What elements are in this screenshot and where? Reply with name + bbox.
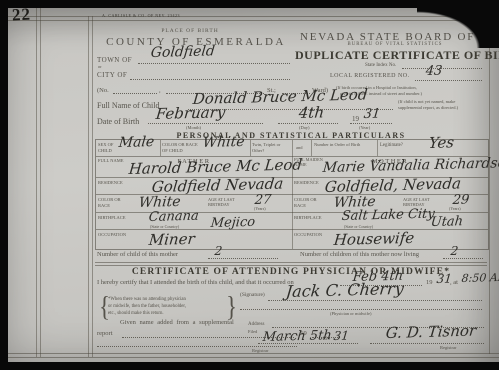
child-name-note-line2: supplemental report, as directed.) [398,105,458,110]
dob-day-underline [278,123,338,124]
registrar-signature-underline [370,343,484,344]
living-underline [443,258,483,259]
living-handwriting: 2 [450,244,459,258]
section-divider-1 [95,262,487,263]
table-vline-sex [160,140,161,156]
father-birthplace-handwriting: Canana [148,209,199,225]
dob-month-underline [148,123,263,124]
physician-title: CERTIFICATE OF ATTENDING PHYSICIAN OR MI… [95,267,487,277]
dob-year-underline [350,123,392,124]
local-registered-label: LOCAL REGISTERED NO. [330,73,410,79]
child-number-underline [208,258,278,259]
dob-year-prefix: 19 [352,115,359,123]
father-residence-label: RESIDENCE [98,180,123,185]
registrar-label: Registrar [252,348,269,353]
child-name-label: Full Name of Child [97,101,159,110]
physician-line-2 [240,309,482,310]
town-of-label: TOWN OF [97,56,132,64]
microfilm-frame: 22 A. CARLISLE & CO. OF NEV. 23423 PLACE… [0,0,499,370]
film-corner-top-right [417,0,499,48]
particulars-table: SEX OF CHILD Male COLOR OR RACE OF CHILD… [95,139,489,250]
table-vline-and [311,140,312,156]
film-edge-left [0,0,8,370]
mother-birthplace-handwriting: Salt Lake City [341,207,435,224]
form-right-border [489,24,490,354]
no-underline [113,93,157,94]
dob-year-handwriting: 31 [363,107,381,122]
town-value-handwriting: Goldfield [150,43,216,61]
mother-occupation-label: OCCUPATION [294,232,322,237]
day-label: (Day) [299,125,310,130]
dob-label: Date of Birth [97,117,139,126]
form-left-border-1 [88,16,89,357]
registrar-blank-line [97,346,297,347]
father-occupation-handwriting: Miner [148,230,196,249]
footnote-line1: *When there was no attending physician [108,297,186,302]
father-race-label: COLOR OR RACE [98,197,124,208]
child-number-handwriting: 2 [214,244,223,258]
certify-text: I hereby certify that I attended the bir… [97,279,294,286]
supplemental-line2: report [97,330,113,337]
father-state-label: (State or Country) [150,224,179,229]
section-divider-2 [95,265,487,266]
and-label: and [296,145,303,150]
mother-birthplace2-handwriting: Utah [430,214,464,230]
occurred-year-prefix: 19 [426,279,433,286]
signature-label: (Signature) [240,292,265,298]
mother-residence-handwriting: Goldfield, Nevada [324,174,462,196]
ledger-vline-2 [40,8,41,357]
legitimate-value-handwriting: Yes [428,133,455,152]
filed-underline [258,343,358,344]
mother-state-label: (State or Country) [344,224,373,229]
state-index-label: State Index No. [365,63,396,68]
mother-residence-label: RESIDENCE [294,180,319,185]
footnote-line3: etc., should make this return. [108,311,164,316]
certificate-title: DUPLICATE CERTIFICATE OF BIRTH [295,48,495,63]
race-value-handwriting: White [202,134,245,151]
footnote-line2: or midwife, then the father, householder… [108,304,186,309]
child-number-label: Number of child of this mother [97,251,178,258]
registrar-label-2: Registrar [440,345,457,350]
mother-years-label: (Years) [449,206,461,211]
mother-birthplace-label: BIRTHPLACE [294,215,321,220]
physician-signature-handwriting: Jack C. Cherry [285,279,405,301]
child-name-note-line1: (If child is not yet named, make [398,99,455,104]
comma: , [159,87,161,94]
supplemental-line1: Given name added from a supplemental [120,319,234,326]
registrar-signature-handwriting: G. D. Tisnor [385,322,477,342]
dob-month-handwriting: February [155,103,226,123]
local-registered-value: 43 [425,64,443,79]
film-edge-bottom [0,362,499,370]
month-label: (Month) [186,125,201,130]
father-age-label: AGE AT LAST BIRTHDAY [208,197,250,208]
race-label: COLOR OR RACE OF CHILD [162,142,204,153]
ledger-rule-bottom-2 [8,357,499,358]
mother-race-label: COLOR OR RACE [294,197,320,208]
living-label: Number of children of this mother now li… [300,251,419,258]
no-label: (No. [97,87,109,94]
year-label: (Year) [359,125,370,130]
father-birthplace2-handwriting: Mejico [210,215,256,231]
signature-underline [268,300,482,301]
ledger-vline-1 [36,8,37,357]
order-label: Number in Order of Birth [314,142,372,148]
filed-year-prefix: 19 [322,336,328,342]
father-occupation-label: OCCUPATION [98,232,126,237]
legitimate-label: Legitimate? [380,143,403,148]
printer-mark: A. CARLISLE & CO. OF NEV. 23423 [102,13,180,18]
filed-year-handwriting: 31 [333,329,350,343]
mother-occupation-handwriting: Housewife [333,229,415,249]
occurred-time-handwriting: 8:50 AM [461,271,499,285]
filed-label: Filed [248,329,257,334]
twin-label: Twin, Triplet or Other? [252,142,290,153]
father-birthplace-label: BIRTHPLACE [98,215,125,220]
or-label: or [98,64,102,69]
father-years-label: (Years) [254,206,266,211]
at-label: , at [450,279,458,286]
city-underline [130,79,290,80]
dob-day-handwriting: 4th [298,103,325,122]
sex-value-handwriting: Male [118,134,155,151]
local-registered-underline [415,80,482,81]
physician-or-midwife-label: (Physician or midwife) [330,311,372,316]
table-vline-race [250,140,251,156]
town-underline [138,63,290,64]
form-left-border-2 [92,16,93,357]
address-label: Address [248,322,264,327]
table-vline-order [377,140,378,156]
place-of-birth-label: PLACE OF BIRTH [130,28,250,34]
ledger-rule-bottom-1 [8,353,499,354]
city-of-label: CITY OF [97,71,127,79]
